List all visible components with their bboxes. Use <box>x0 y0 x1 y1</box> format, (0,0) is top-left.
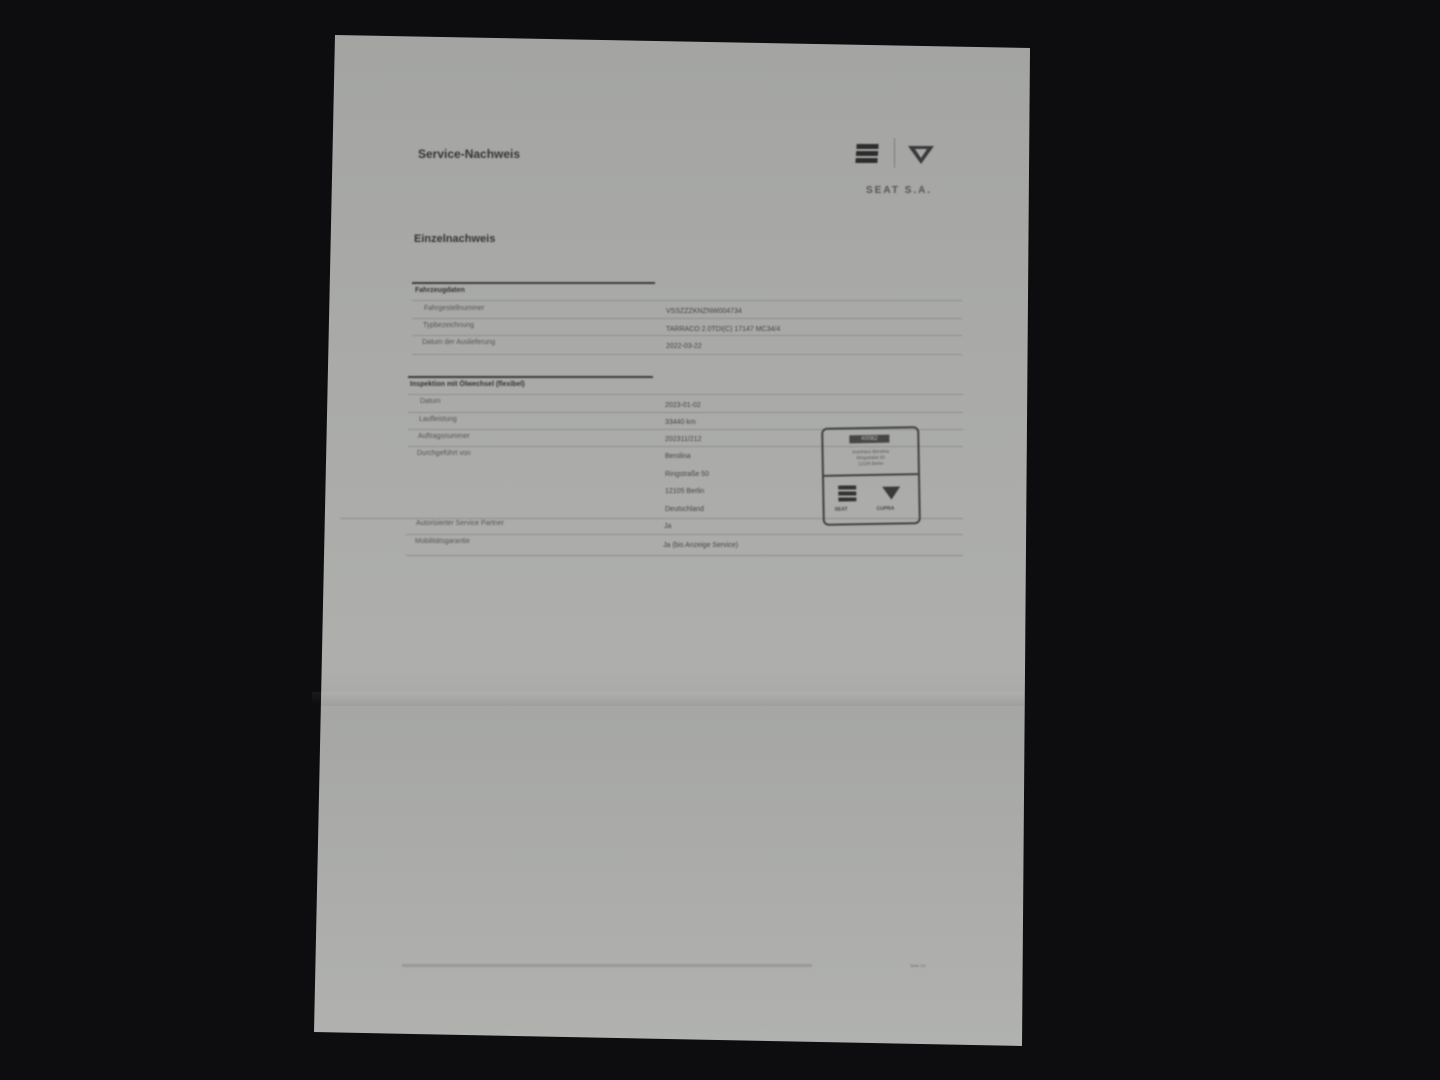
row-divider <box>412 354 962 355</box>
row-divider <box>408 394 963 395</box>
row-label: Autorisierter Service Partner <box>416 520 504 527</box>
row-value: 2023-01-02 <box>665 402 701 409</box>
row-divider <box>412 300 962 301</box>
row-label: Datum <box>420 398 441 405</box>
brand-cupra: CUPRA <box>877 506 895 512</box>
section-heading-vehicle: Fahrzeugdaten <box>415 287 465 294</box>
cupra-logo-icon <box>908 146 934 164</box>
row-value: 33440 km <box>665 419 696 426</box>
row-value: Berolina <box>665 453 691 460</box>
dealer-number: 40082 <box>849 435 889 444</box>
row-value: TARRACO 2.0TDI(C) 17147 MC34/4 <box>666 326 780 333</box>
logo-divider <box>894 138 895 168</box>
brand-seat: SEAT <box>835 506 848 512</box>
row-value: Ja (bis Anzeige Service) <box>663 542 738 549</box>
section-rule <box>412 282 655 284</box>
row-value: 2022-03-22 <box>666 343 702 350</box>
row-label: Fahrgestellnummer <box>424 305 484 312</box>
row-label: Durchgeführt von <box>417 450 471 457</box>
row-divider <box>412 335 962 336</box>
row-divider <box>408 412 963 413</box>
paper-sheet <box>0 0 1440 1080</box>
row-value-line: 12105 Berlin <box>665 488 704 495</box>
row-label: Typbezeichnung <box>423 322 474 329</box>
seat-logo-icon <box>838 485 856 501</box>
row-label: Laufleistung <box>419 416 457 423</box>
stamp-divider <box>824 473 918 477</box>
issuer-name: SEAT S.A. <box>866 185 932 196</box>
paper-fold <box>312 692 1024 706</box>
section-heading-inspection: Inspektion mit Ölwechsel (flexibel) <box>410 381 525 388</box>
row-label: Mobilitätsgarantie <box>415 538 470 545</box>
cupra-logo-icon <box>882 486 900 499</box>
footer-text <box>402 964 812 967</box>
address-line: 12105 Berlin <box>834 460 908 467</box>
document-subtitle: Einzelnachweis <box>414 233 495 245</box>
row-value: VSSZZZKNZNW004734 <box>666 308 742 315</box>
document-title: Service-Nachweis <box>418 147 520 161</box>
page-number: Seite 1/1 <box>910 963 926 968</box>
row-value-line: Deutschland <box>665 506 704 513</box>
row-label: Auftragsnummer <box>418 433 470 440</box>
section-rule <box>408 376 653 378</box>
seat-logo-icon <box>855 144 878 164</box>
row-label: Datum der Auslieferung <box>422 339 495 346</box>
row-divider <box>412 318 962 319</box>
row-value: 202311/212 <box>665 436 701 443</box>
row-divider <box>406 555 963 556</box>
row-value: Ja <box>664 523 671 530</box>
row-divider <box>406 534 963 535</box>
dealer-stamp: 40082 Autohaus Berolina Ringstraße 50 12… <box>821 426 921 526</box>
row-value-line: Ringstraße 50 <box>665 471 709 478</box>
dealer-address: Autohaus Berolina Ringstraße 50 12105 Be… <box>834 448 908 467</box>
